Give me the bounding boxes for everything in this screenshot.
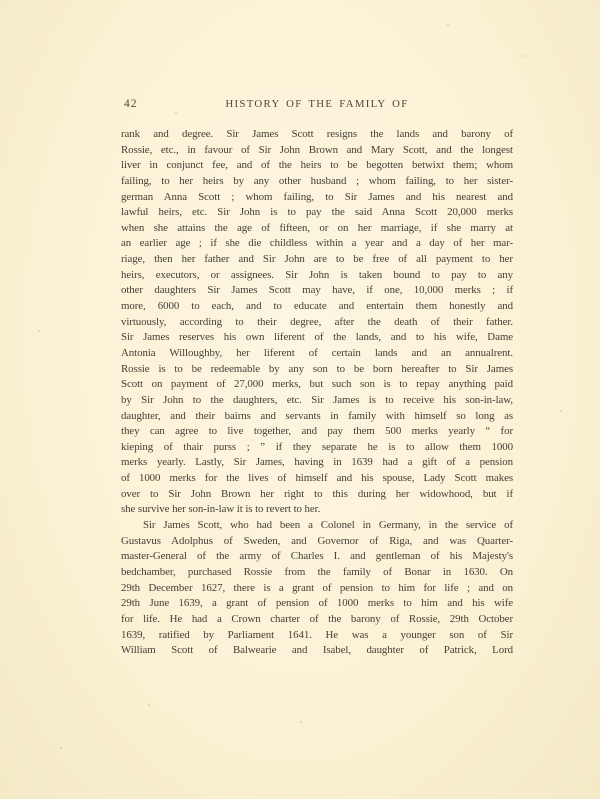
text-line: lawful heirs, etc. Sir John is to pay th… [121, 205, 513, 221]
text-line: merks yearly. Lastly, Sir James, having … [121, 455, 513, 471]
text-line: Rossie is to be redeemable by any son to… [121, 362, 513, 378]
text-line: an earlier age ; if she die childless wi… [121, 236, 513, 252]
text-line: Antonia Willoughby, her liferent of cert… [121, 346, 513, 362]
paper-speck [560, 410, 562, 412]
text-line: Scott on payment of 27,000 merks, but su… [121, 377, 513, 393]
text-line: other daughters Sir James Scott may have… [121, 283, 513, 299]
text-line: liver in conjunct fee, and of the heirs … [121, 158, 513, 174]
text-line: master-General of the army of Charles I.… [121, 549, 513, 565]
paper-speck [148, 704, 150, 706]
text-line: when she attains the age of fifteen, or … [121, 221, 513, 237]
text-line: 29th December 1627, there is a grant of … [121, 581, 513, 597]
text-line: of 1000 merks for the lives of himself a… [121, 471, 513, 487]
text-line: over to Sir John Brown her right to this… [121, 487, 513, 503]
text-line: failing, to her heirs by any other husba… [121, 174, 513, 190]
text-line: virtuously, according to their degree, a… [121, 315, 513, 331]
text-line: she survive her son-in-law it is to reve… [121, 502, 513, 518]
running-head: HISTORY OF THE FAMILY OF [121, 98, 513, 110]
text-line: rank and degree. Sir James Scott resigns… [121, 127, 513, 143]
paper-speck [447, 24, 449, 26]
text-line: more, 6000 to each, and to educate and e… [121, 299, 513, 315]
text-line: daughter, and their bairns and servants … [121, 409, 513, 425]
text-line: for life. He had a Crown charter of the … [121, 612, 513, 628]
text-line: Rossie, etc., in favour of Sir John Brow… [121, 143, 513, 159]
text-line: 29th June 1639, a grant of pension of 10… [121, 596, 513, 612]
paper-speck [522, 55, 524, 57]
text-line: Gustavus Adolphus of Sweden, and Governo… [121, 534, 513, 550]
book-page-scan: 42 HISTORY OF THE FAMILY OF rank and deg… [0, 0, 600, 799]
text-line: heirs, executors, or assignees. Sir John… [121, 268, 513, 284]
text-block: rank and degree. Sir James Scott resigns… [121, 127, 513, 659]
paragraph: Sir James Scott, who had been a Colonel … [121, 518, 513, 659]
text-line: riage, then her father and Sir John are … [121, 252, 513, 268]
text-line: Sir James Scott, who had been a Colonel … [121, 518, 513, 534]
text-line: bedchamber, purchased Rossie from the fa… [121, 565, 513, 581]
text-line: german Anna Scott ; whom failing, to Sir… [121, 190, 513, 206]
text-line: by Sir John to the daughters, etc. Sir J… [121, 393, 513, 409]
text-line: kieping of thair purss ; ” if they separ… [121, 440, 513, 456]
text-line: Sir James reserves his own liferent of t… [121, 330, 513, 346]
paragraph: rank and degree. Sir James Scott resigns… [121, 127, 513, 518]
text-line: they can agree to live together, and pay… [121, 424, 513, 440]
paper-speck [300, 721, 302, 723]
paper-speck [60, 747, 62, 749]
text-line: William Scott of Balwearie and Isabel, d… [121, 643, 513, 659]
paper-speck [38, 330, 40, 332]
page-header: 42 HISTORY OF THE FAMILY OF [121, 98, 513, 114]
text-line: 1639, ratified by Parliament 1641. He wa… [121, 628, 513, 644]
